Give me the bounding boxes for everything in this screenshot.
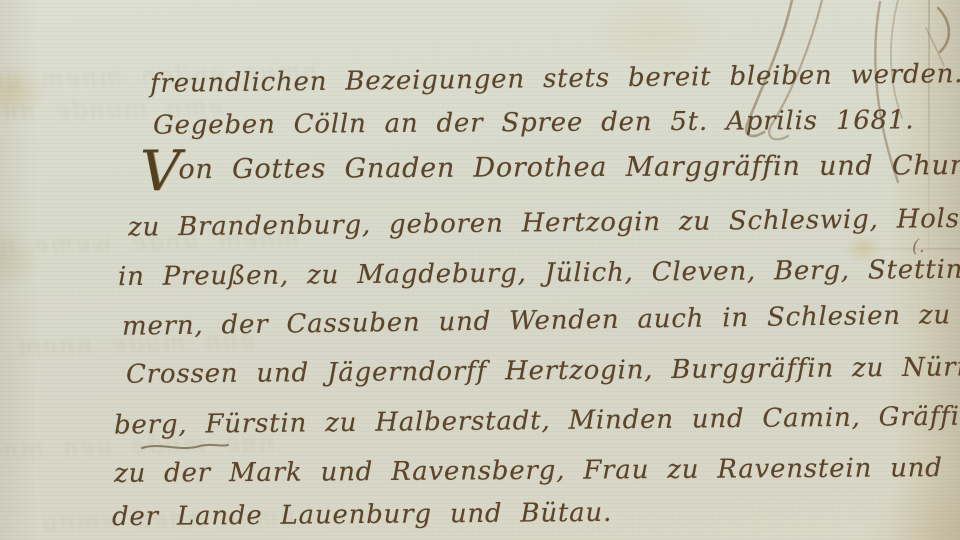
manuscript-line: mern, der Cassuben und Wenden auch in Sc… — [122, 300, 951, 342]
manuscript-line: zu der Mark und Ravensberg, Frau zu Rave… — [114, 453, 943, 489]
manuscript-line: berg, Fürstin zu Halberstadt, Minden und… — [114, 401, 960, 440]
manuscript-line: Gegeben Cölln an der Spree den 5t. April… — [153, 105, 915, 140]
manuscript-line: zu Brandenburg, geboren Hertzogin zu Sch… — [128, 203, 960, 242]
manuscript-line: in Preußen, zu Magdeburg, Jülich, Cleven… — [118, 254, 960, 292]
manuscript-line: Crossen und Jägerndorff Hertzogin, Burgg… — [126, 352, 960, 389]
manuscript-page: nmue enden mnem une emn munde nnem mnem … — [0, 0, 960, 540]
marginal-mark: (. — [912, 236, 925, 257]
manuscript-line: Von Gottes Gnaden Dorothea Marggräffin u… — [140, 150, 960, 186]
manuscript-line: der Lande Lauenburg und Bütau. — [112, 498, 612, 532]
ornate-initial: V — [140, 139, 179, 204]
paper-crease-horizontal — [840, 248, 960, 250]
manuscript-line-text: on Gottes Gnaden Dorothea Marggräffin un… — [178, 150, 960, 186]
